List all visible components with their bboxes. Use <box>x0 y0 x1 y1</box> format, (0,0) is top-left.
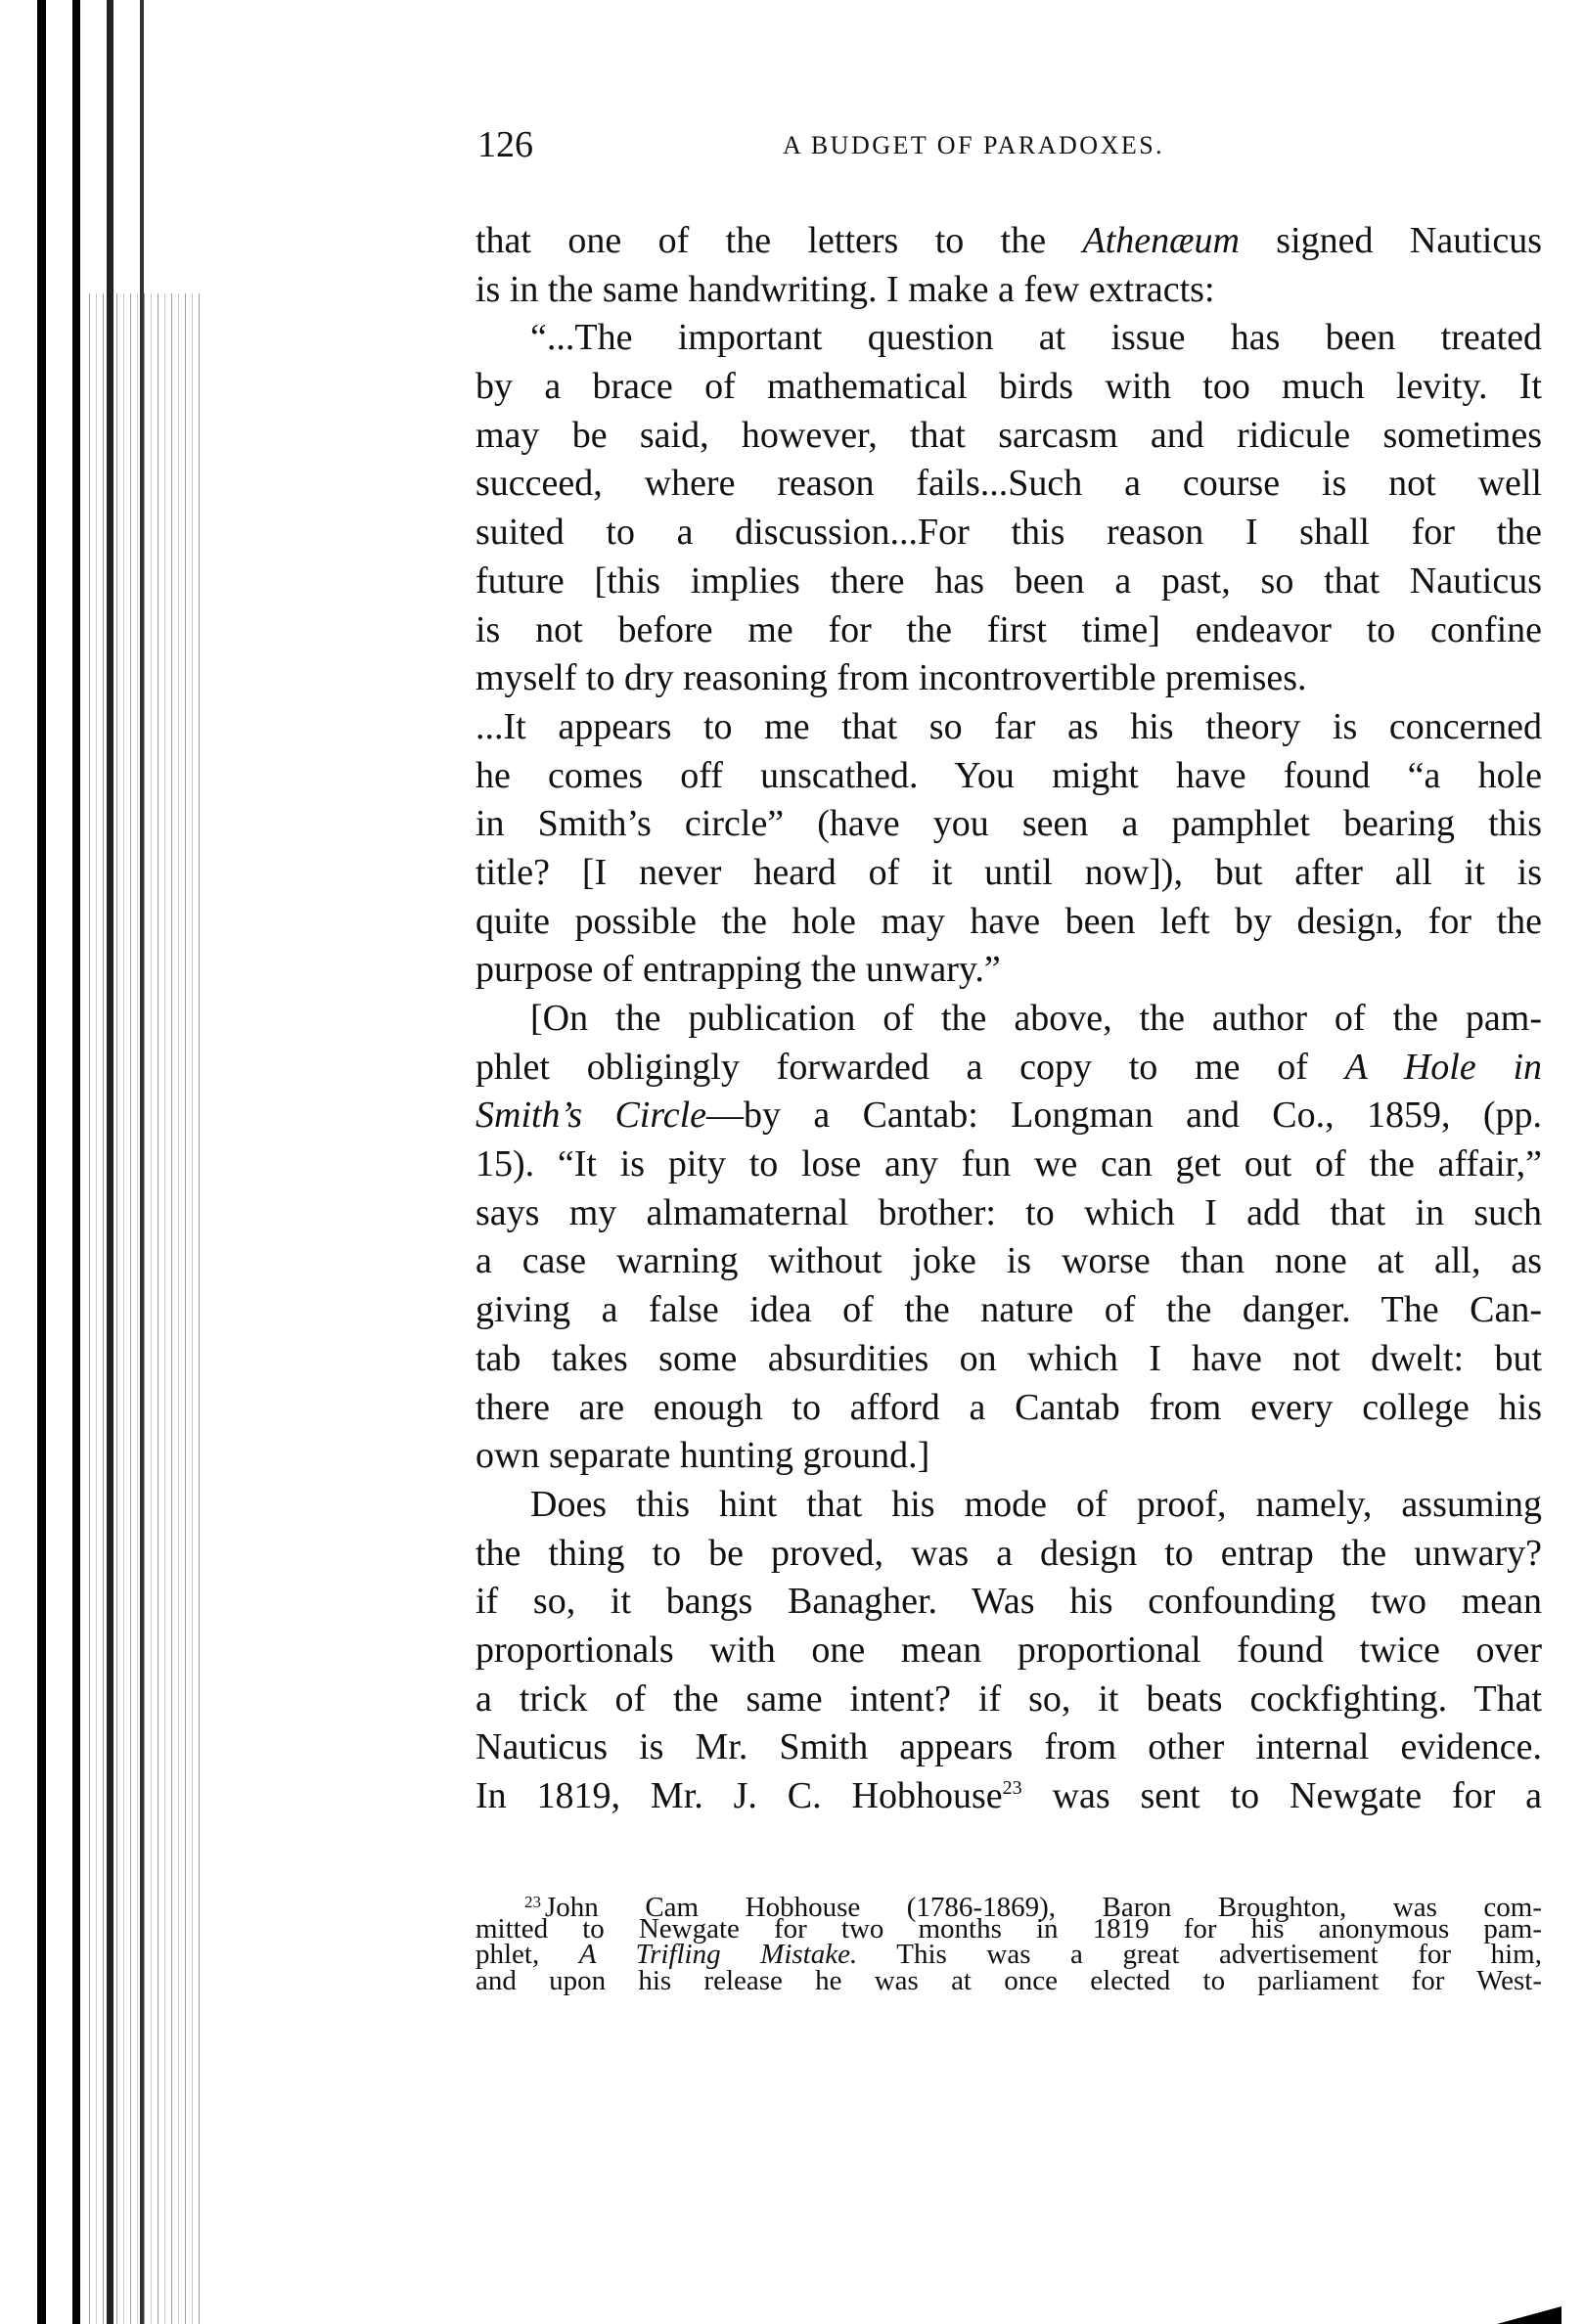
text-line: quite possible the hole may have been le… <box>475 898 1542 947</box>
text-line: In 1819, Mr. J. C. Hobhouse23 was sent t… <box>475 1772 1542 1821</box>
italic-title: Athenæum <box>1082 220 1239 261</box>
footnote-reference[interactable]: 23 <box>1003 1777 1022 1799</box>
text-line: purpose of entrapping the unwary.” <box>475 946 1542 995</box>
running-title: A BUDGET OF PARADOXES. <box>783 131 1164 160</box>
page-number: 126 <box>477 125 533 164</box>
text-line: suited to a discussion...For this reason… <box>475 509 1542 558</box>
footnote-line: 23John Cam Hobhouse (1786-1869), Baron B… <box>475 1890 1542 1916</box>
running-head: 126 A BUDGET OF PARADOXES. <box>477 125 1544 164</box>
text-line: in Smith’s circle” (have you seen a pamp… <box>475 800 1542 849</box>
text-line: [On the publication of the above, the au… <box>475 995 1542 1044</box>
text-line: own separate hunting ground.] <box>475 1432 1542 1481</box>
footnote-marker: 23 <box>524 1893 541 1911</box>
footnote: 23John Cam Hobhouse (1786-1869), Baron B… <box>475 1890 1542 1993</box>
text-line: succeed, where reason fails...Such a cou… <box>475 460 1542 509</box>
text-line: says my almamaternal brother: to which I… <box>475 1189 1542 1238</box>
text-line: that one of the letters to the Athenæum … <box>475 217 1542 266</box>
footnote-line: phlet, A Trifling Mistake. This was a gr… <box>475 1942 1542 1968</box>
text-line: if so, it bangs Banagher. Was his confou… <box>475 1578 1542 1627</box>
text-line: myself to dry reasoning from incontrover… <box>475 654 1542 703</box>
text-line: giving a false idea of the nature of the… <box>475 1286 1542 1335</box>
text-line: proportionals with one mean proportional… <box>475 1627 1542 1676</box>
text-line: ...It appears to me that so far as his t… <box>475 703 1542 752</box>
text-line: a case warning without joke is worse tha… <box>475 1237 1542 1286</box>
text-line: Nauticus is Mr. Smith appears from other… <box>475 1723 1542 1772</box>
text-line: Smith’s Circle—by a Cantab: Longman and … <box>475 1092 1542 1140</box>
text-line: future [this implies there has been a pa… <box>475 558 1542 606</box>
text-line: “...The important question at issue has … <box>475 314 1542 363</box>
text-line: is not before me for the first time] end… <box>475 606 1542 655</box>
body-text: that one of the letters to the Athenæum … <box>475 217 1542 1821</box>
text-line: title? [I never heard of it until now]),… <box>475 849 1542 898</box>
text-line: phlet obligingly forwarded a copy to me … <box>475 1044 1542 1093</box>
text-line: Does this hint that his mode of proof, n… <box>475 1481 1542 1530</box>
text-line: he comes off unscathed. You might have f… <box>475 752 1542 801</box>
text-line: 15). “It is pity to lose any fun we can … <box>475 1140 1542 1189</box>
italic-title: Smith’s Circle <box>475 1095 706 1136</box>
page-corner-shadow <box>1497 2306 1561 2324</box>
text-line: may be said, however, that sarcasm and r… <box>475 412 1542 461</box>
text-line: is in the same handwriting. I make a few… <box>475 266 1542 315</box>
text-line: a trick of the same intent? if so, it be… <box>475 1676 1542 1724</box>
text-line: there are enough to afford a Cantab from… <box>475 1384 1542 1433</box>
text-line: tab takes some absurdities on which I ha… <box>475 1335 1542 1384</box>
text-line: the thing to be proved, was a design to … <box>475 1530 1542 1579</box>
scan-noise <box>83 293 201 2324</box>
footnote-line: and upon his release he was at once elec… <box>475 1968 1542 1994</box>
text-line: by a brace of mathematical birds with to… <box>475 363 1542 412</box>
italic-title: A Hole in <box>1345 1047 1542 1088</box>
